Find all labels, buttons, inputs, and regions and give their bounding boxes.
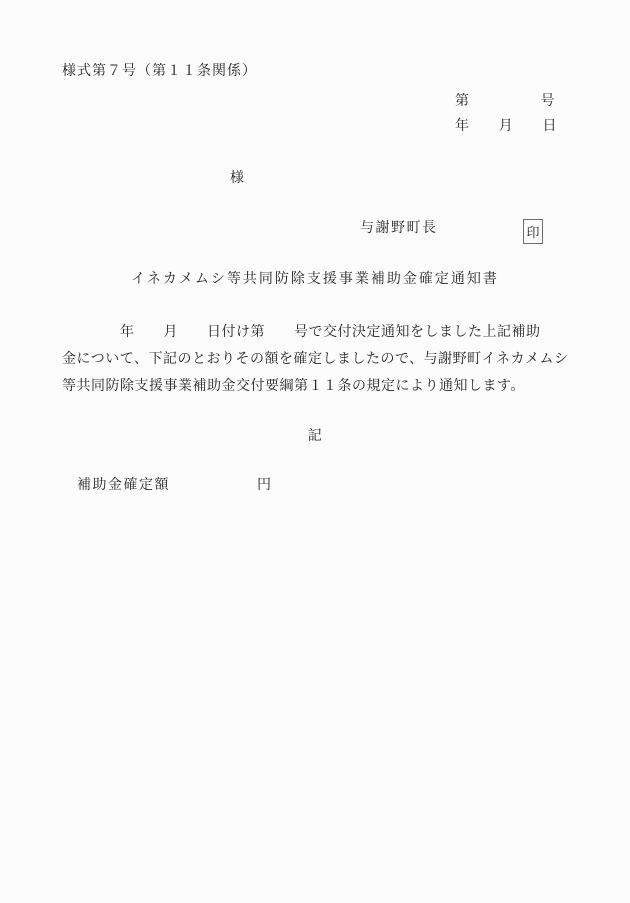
- date-day-label: 日: [543, 119, 558, 135]
- sender-title: 与謝野町長: [360, 221, 438, 237]
- body-paragraph-line: 等共同防除支援事業補助金交付要綱第１１条の規定により通知します。: [62, 379, 525, 395]
- date-month-label: 月: [499, 119, 514, 135]
- document-title: イネカメムシ等共同防除支援事業補助金確定通知書: [0, 272, 630, 288]
- document-number-suffix: 号: [541, 94, 556, 110]
- body-paragraph-line: 金について、下記のとおりその額を確定しましたので、与謝野町イネカメムシ: [62, 352, 569, 368]
- document-number-line: 第 号: [455, 94, 555, 110]
- addressee-honorific: 様: [230, 171, 245, 187]
- date-year-label: 年: [455, 119, 470, 135]
- body-paragraph-line: 年 月 日付け第 号で交付決定通知をしました上記補助: [62, 325, 541, 341]
- seal-placeholder-box: 印: [523, 219, 543, 244]
- form-number-label: 様式第７号（第１１条関係）: [62, 64, 257, 80]
- document-page: 様式第７号（第１１条関係） 第 号 年 月 日 様 与謝野町長 印 イネカメムシ…: [0, 0, 630, 903]
- subsidy-amount-label: 補助金確定額: [77, 478, 170, 494]
- document-number-prefix: 第: [455, 94, 470, 110]
- date-line: 年 月 日: [455, 119, 557, 135]
- record-marker: 記: [0, 429, 630, 445]
- yen-unit-label: 円: [257, 478, 272, 494]
